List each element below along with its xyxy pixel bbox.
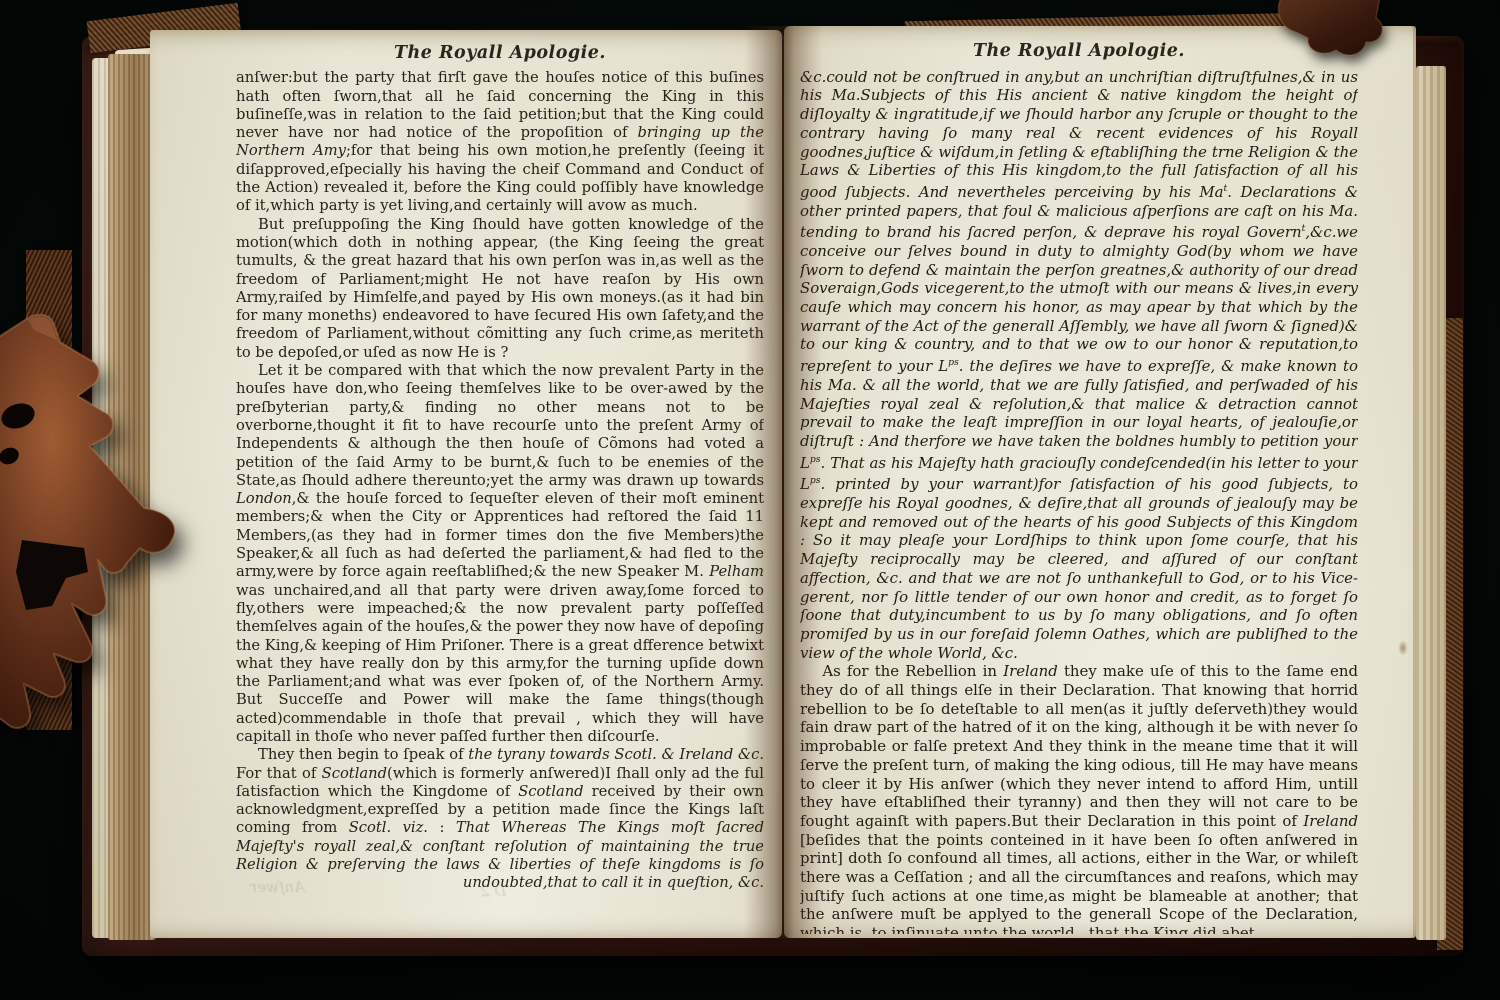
copper-clasp-fragment-icon: [1276, 0, 1388, 64]
right-page-text: &c.could not be conſtrued in any,but an …: [800, 68, 1358, 934]
right-page-header: The Royall Apologie.: [800, 42, 1358, 61]
paragraph: But preſuppoſing the King ſhould have go…: [236, 216, 764, 362]
roman-text-run: Let it be compared with that which the n…: [236, 362, 764, 489]
paragraph: As for the Rebellion in Ireland they mak…: [800, 662, 1358, 934]
page-stack-right-edge: [1416, 66, 1446, 940]
italic-text-run: Scotl. viz.: [349, 819, 428, 836]
left-page-header: The Royall Apologie.: [236, 44, 764, 62]
italic-text-run: Ireland: [1003, 662, 1058, 680]
right-page: The Royall Apologie. &c.could not be con…: [784, 26, 1416, 938]
italic-text-run: ps: [810, 454, 821, 465]
copper-clasp-icon: [0, 312, 190, 748]
show-through-signature: D 2: [480, 882, 506, 900]
italic-text-run: . printed by your warrant)for ſatisfacti…: [800, 475, 1358, 661]
right-page-column: The Royall Apologie. &c.could not be con…: [800, 34, 1358, 934]
left-page-column: The Royall Apologie. anſwer:but the part…: [236, 36, 764, 934]
italic-text-run: Pelham: [709, 563, 764, 580]
show-through-catchword: Anſwer: [250, 878, 305, 896]
italic-text-run: Scotland: [518, 783, 583, 800]
roman-text-run: For that of: [236, 765, 322, 782]
italic-text-run: the tyrany towards Scotl. & Ireland &c.: [468, 746, 764, 763]
roman-text-run: As for the Rebellion in: [822, 662, 1003, 680]
italic-text-run: Ireland: [1303, 812, 1358, 830]
italic-text-run: ps: [810, 475, 821, 486]
roman-text-run: :: [428, 819, 456, 836]
foxing-stain: [1398, 640, 1408, 656]
roman-text-run: ,& the houſe forced to ſequeſter eleven …: [236, 490, 764, 580]
roman-text-run: But preſuppoſing the King ſhould have go…: [236, 216, 764, 361]
italic-text-run: Scotland: [322, 765, 387, 782]
roman-text-run: [beſides that the points conteined in it…: [800, 831, 1358, 934]
paragraph: Let it be compared with that which the n…: [236, 362, 764, 746]
left-page: The Royall Apologie. anſwer:but the part…: [150, 30, 782, 938]
roman-text-run: They then begin to ſpeak of: [258, 746, 468, 763]
italic-text-run: &c.could not be conſtrued in any,but an …: [800, 68, 1358, 201]
roman-text-run: they make uſe of this to the ſame end th…: [800, 662, 1358, 830]
roman-text-run: was unchaired,and all that party were dr…: [236, 582, 764, 745]
italic-text-run: ,&c.we conceive our ſelves bound in duty…: [800, 223, 1358, 375]
paragraph: They then begin to ſpeak of the tyrany t…: [236, 746, 764, 892]
left-page-text: anſwer:but the party that firſt gave the…: [236, 69, 764, 892]
photo-of-open-book: { "colors": { "background": "#050b09", "…: [0, 0, 1500, 1000]
paragraph: &c.could not be conſtrued in any,but an …: [800, 68, 1358, 663]
italic-text-run: London: [236, 490, 292, 507]
italic-text-run: ps: [948, 357, 959, 368]
paragraph: anſwer:but the party that firſt gave the…: [236, 69, 764, 215]
